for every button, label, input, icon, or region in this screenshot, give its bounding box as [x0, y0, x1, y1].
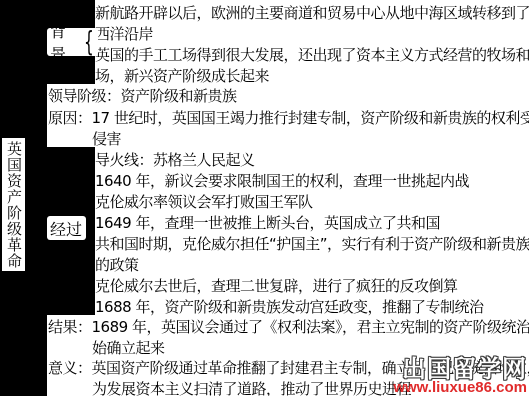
text-line-leading-class: 领导阶级：资产阶级和新贵族 [48, 87, 237, 106]
section-label-process: 经过 [47, 216, 86, 240]
text-line-republic-a: 共和国时期，克伦威尔担任“护国主”，实行有利于资产阶级和新贵族 [95, 235, 529, 254]
text-line-result-a: 结果：1689 年，英国议会通过了《权利法案》，君主立宪制的资产阶级统治开 [48, 318, 529, 337]
section-label-background: 背景 { [47, 28, 98, 56]
text-line-result-b: 始确立起来 [92, 339, 165, 358]
section-label-background-text: 背景 [47, 19, 80, 65]
text-line-republic-b: 的政策 [95, 256, 139, 275]
watermark-site-url: www.liuxue86.com [393, 380, 527, 395]
text-line-1649: 1649 年，查理一世被推上断头台，英国成立了共和国 [95, 214, 440, 233]
outline-diagram-canvas: 英国资产阶级革命 背景 { 经过 新航路开辟以后，欧洲的主要商道和贸易中心从地中… [0, 0, 529, 396]
brace-icon: { [84, 29, 94, 55]
text-line-cause-a: 原因：17 世纪时，英国国王竭力推行封建专制，资产阶级和新贵族的权利受到 [48, 109, 529, 128]
text-line-cause-b: 侵害 [92, 130, 121, 149]
black-gutter-bottom [0, 315, 47, 396]
vertical-title: 英国资产阶级革命 [2, 138, 25, 271]
text-line-background-1a: 新航路开辟以后，欧洲的主要商道和贸易中心从地中海区域转移到了大 [95, 4, 529, 23]
section-label-process-text: 经过 [47, 217, 82, 240]
text-line-background-1b: 西洋沿岸 [95, 25, 153, 44]
text-line-restoration: 克伦威尔去世后，查理二世复辟，进行了疯狂的反攻倒算 [95, 277, 458, 296]
watermark: 出国留学网 www.liuxue86.com [393, 356, 527, 395]
text-line-significance-b: 为发展资本主义扫清了道路，推动了世界历史进程 [92, 380, 411, 396]
text-line-cromwell-army: 克伦威尔率领议会军打败国王军队 [95, 193, 313, 212]
text-line-1640: 1640 年，新议会要求限制国王的权利，查理一世挑起内战 [95, 172, 469, 191]
text-line-background-2a: 英国的手工工场得到很大发展，还出现了资本主义方式经营的牧场和农 [95, 46, 529, 65]
text-line-background-2b: 场，新兴资产阶级成长起来 [95, 67, 269, 86]
text-line-1688: 1688 年，资产阶级和新贵族发动宫廷政变，推翻了专制统治 [95, 298, 483, 317]
text-line-fuse: 导火线：苏格兰人民起义 [95, 151, 255, 170]
